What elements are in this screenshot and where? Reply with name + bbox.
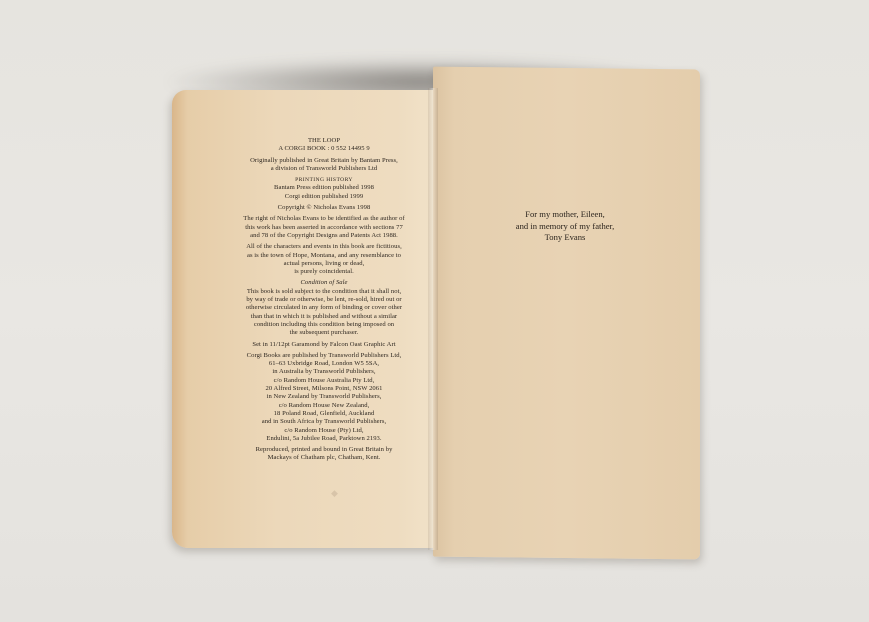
publisher-address-line-1: Corgi Books are published by Transworld … [224,352,424,360]
moral-rights-line-2: this work has been asserted in accordanc… [224,224,424,232]
imprint-isbn: A CORGI BOOK : 0 552 14495 9 [224,145,424,153]
publisher-address-line-4: c/o Random House Australia Pty Ltd, [224,377,424,385]
publisher-address-line-8: 18 Poland Road, Glenfield, Auckland [224,410,424,418]
printer-line-2: Mackays of Chatham plc, Chatham, Kent. [224,454,424,462]
copyright-text-block: THE LOOP A CORGI BOOK : 0 552 14495 9 Or… [224,137,424,463]
publisher-address-line-6: in New Zealand by Transworld Publishers, [224,393,424,401]
publisher-address-line-10: c/o Random House (Pty) Ltd, [224,427,424,435]
typeset-line: Set in 11/12pt Garamond by Falcon Oast G… [224,341,424,349]
condition-line-4: than that in which it is published and w… [224,313,424,321]
condition-line-5: condition including this condition being… [224,321,424,329]
original-publication-line-2: a division of Transworld Publishers Ltd [224,165,424,173]
fiction-notice-line-3: actual persons, living or dead, [224,260,424,268]
dedication-text-block: For my mother, Eileen, and in memory of … [470,209,660,244]
printing-history-line-2: Corgi edition published 1999 [224,193,424,201]
bleed-through-logo: ◆ [280,488,390,499]
printer-line-1: Reproduced, printed and bound in Great B… [224,446,424,454]
book-title: THE LOOP [224,137,424,145]
publisher-address-line-7: c/o Random House New Zealand, [224,402,424,410]
printing-history-heading: PRINTING HISTORY [224,176,424,184]
dedication-line-3: Tony Evans [470,232,660,244]
book-spine-gutter [428,88,438,550]
original-publication-line-1: Originally published in Great Britain by… [224,157,424,165]
printing-history-line-1: Bantam Press edition published 1998 [224,184,424,192]
publisher-address-line-9: and in South Africa by Transworld Publis… [224,418,424,426]
condition-line-1: This book is sold subject to the conditi… [224,288,424,296]
publisher-address-line-11: Endulini, 5a Jubilee Road, Parktown 2193… [224,435,424,443]
condition-line-3: otherwise circulated in any form of bind… [224,304,424,312]
publisher-address-line-3: in Australia by Transworld Publishers, [224,368,424,376]
publisher-address-line-2: 61–63 Uxbridge Road, London W5 5SA, [224,360,424,368]
fiction-notice-line-1: All of the characters and events in this… [224,243,424,251]
copyright-line: Copyright © Nicholas Evans 1998 [224,204,424,212]
right-page-dedication [433,67,700,560]
condition-of-sale-heading: Condition of Sale [224,279,424,287]
condition-line-2: by way of trade or otherwise, be lent, r… [224,296,424,304]
fiction-notice-line-2: as is the town of Hope, Montana, and any… [224,252,424,260]
condition-line-6: the subsequent purchaser. [224,329,424,337]
fiction-notice-line-4: is purely coincidental. [224,268,424,276]
dedication-line-2: and in memory of my father, [470,221,660,233]
publisher-address-line-5: 20 Alfred Street, Milsons Point, NSW 206… [224,385,424,393]
dedication-line-1: For my mother, Eileen, [470,209,660,221]
moral-rights-line-3: and 78 of the Copyright Designs and Pate… [224,232,424,240]
moral-rights-line-1: The right of Nicholas Evans to be identi… [224,215,424,223]
